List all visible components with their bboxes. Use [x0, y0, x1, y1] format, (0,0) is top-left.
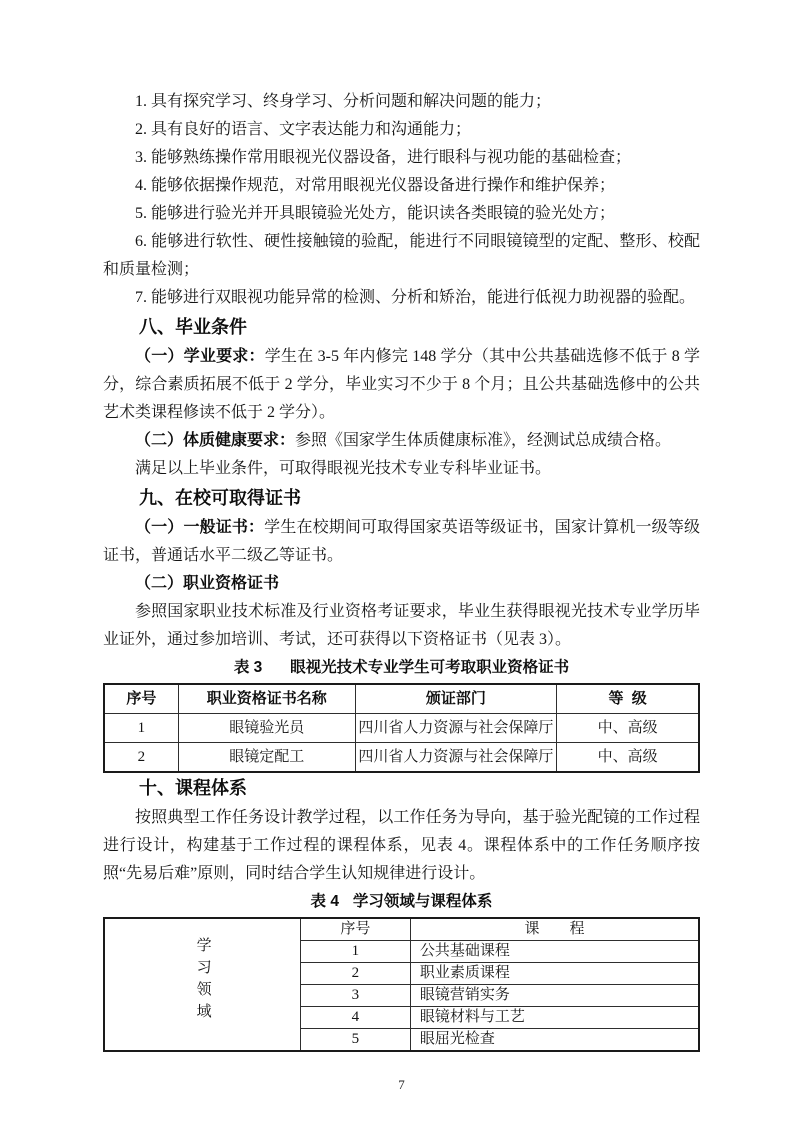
course-row4-name: 眼镜材料与工艺: [410, 1007, 699, 1029]
ability-list-item-6: 6. 能够进行软性、硬性接触镜的验配，能进行不同眼镜镜型的定配、整形、校配和质量…: [103, 228, 700, 284]
para-academic-requirement: （一）学业要求：学生在 3-5 年内修完 148 学分（其中公共基础选修不低于 …: [103, 343, 700, 427]
section-heading-curriculum: 十、课程体系: [103, 774, 700, 803]
ability-list-item-2: 2. 具有良好的语言、文字表达能力和沟通能力；: [103, 116, 700, 144]
certificates-table-row: 2 眼镜定配工 四川省人力资源与社会保障厅 中、高级: [104, 743, 699, 773]
vocational-certificates-label: （二）职业资格证书: [135, 575, 279, 592]
ability-list-item-4: 4. 能够依据操作规范，对常用眼视光仪器设备进行操作和维护保养；: [103, 172, 700, 200]
ability-list-item-7: 7. 能够进行双眼视功能异常的检测、分析和矫治，能进行低视力助视器的验配。: [103, 284, 700, 312]
table4-caption-title: 学习领域与课程体系: [353, 893, 493, 910]
general-certificates-label: （一）一般证书：: [135, 519, 264, 536]
curriculum-domain-label: 学习领域: [194, 937, 211, 1025]
certificates-col-issuer: 颁证部门: [355, 684, 557, 714]
para-vocational-certificates-text: 参照国家职业技术标准及行业资格考证要求，毕业生获得眼视光技术专业学历毕业证外，通…: [103, 598, 700, 654]
certificates-table: 序号 职业资格证书名称 颁证部门 等 级 1 眼镜验光员 四川省人力资源与社会保…: [103, 683, 700, 773]
para-general-certificates: （一）一般证书：学生在校期间可取得国家英语等级证书，国家计算机一级等级证书，普通…: [103, 514, 700, 570]
curriculum-col-course: 课 程: [410, 918, 699, 941]
cert-row2-name: 眼镜定配工: [178, 743, 355, 773]
table3-caption-label: 表 3: [234, 659, 262, 676]
certificates-col-seq: 序号: [104, 684, 178, 714]
curriculum-col-seq: 序号: [300, 918, 410, 941]
curriculum-table: 学习领域 序号 课 程 1 公共基础课程 2 职业素质课程 3 眼镜营销实务 4…: [103, 917, 700, 1052]
para-graduation-closing: 满足以上毕业条件，可取得眼视光技术专业专科毕业证书。: [103, 455, 700, 483]
ability-list-item-5: 5. 能够进行验光并开具眼镜验光处方，能识读各类眼镜的验光处方；: [103, 200, 700, 228]
course-row5-seq: 5: [300, 1029, 410, 1052]
course-row1-seq: 1: [300, 941, 410, 963]
cert-row1-level: 中、高级: [557, 714, 699, 743]
certificates-col-name: 职业资格证书名称: [178, 684, 355, 714]
page-number: 7: [103, 1077, 700, 1093]
academic-requirement-label: （一）学业要求：: [135, 348, 265, 365]
cert-row2-seq: 2: [104, 743, 178, 773]
course-row4-seq: 4: [300, 1007, 410, 1029]
curriculum-table-header-row: 学习领域 序号 课 程: [104, 918, 699, 941]
certificates-col-level: 等 级: [557, 684, 699, 714]
para-curriculum-design: 按照典型工作任务设计教学过程，以工作任务为导向，基于验光配镜的工作过程进行设计，…: [103, 804, 700, 888]
course-row3-seq: 3: [300, 985, 410, 1007]
cert-row1-name: 眼镜验光员: [178, 714, 355, 743]
curriculum-domain-cell: 学习领域: [104, 918, 300, 1051]
certificates-table-header-row: 序号 职业资格证书名称 颁证部门 等 级: [104, 684, 699, 714]
table3-caption: 表 3眼视光技术专业学生可考取职业资格证书: [103, 657, 700, 679]
course-row1-name: 公共基础课程: [410, 941, 699, 963]
course-row3-name: 眼镜营销实务: [410, 985, 699, 1007]
table4-caption-label: 表 4: [311, 893, 339, 910]
cert-row2-issuer: 四川省人力资源与社会保障厅: [355, 743, 557, 773]
certificates-table-row: 1 眼镜验光员 四川省人力资源与社会保障厅 中、高级: [104, 714, 699, 743]
course-row2-name: 职业素质课程: [410, 963, 699, 985]
ability-list-item-3: 3. 能够熟练操作常用眼视光仪器设备，进行眼科与视功能的基础检查；: [103, 144, 700, 172]
course-row2-seq: 2: [300, 963, 410, 985]
cert-row1-issuer: 四川省人力资源与社会保障厅: [355, 714, 557, 743]
para-health-requirement: （二）体质健康要求：参照《国家学生体质健康标准》，经测试总成绩合格。: [103, 427, 700, 455]
ability-list-item-1: 1. 具有探究学习、终身学习、分析问题和解决问题的能力；: [103, 88, 700, 116]
document-page: 1. 具有探究学习、终身学习、分析问题和解决问题的能力； 2. 具有良好的语言、…: [0, 0, 793, 1122]
section-heading-certificates: 九、在校可取得证书: [103, 484, 700, 513]
course-row5-name: 眼屈光检查: [410, 1029, 699, 1052]
cert-row1-seq: 1: [104, 714, 178, 743]
section-heading-graduation-requirements: 八、毕业条件: [103, 313, 700, 342]
health-requirement-label: （二）体质健康要求：: [135, 432, 295, 449]
para-vocational-certificates-label: （二）职业资格证书: [103, 570, 700, 598]
table3-caption-title: 眼视光技术专业学生可考取职业资格证书: [290, 659, 569, 676]
table4-caption: 表 4学习领域与课程体系: [103, 891, 700, 913]
cert-row2-level: 中、高级: [557, 743, 699, 773]
health-requirement-text: 参照《国家学生体质健康标准》，经测试总成绩合格。: [295, 432, 671, 449]
